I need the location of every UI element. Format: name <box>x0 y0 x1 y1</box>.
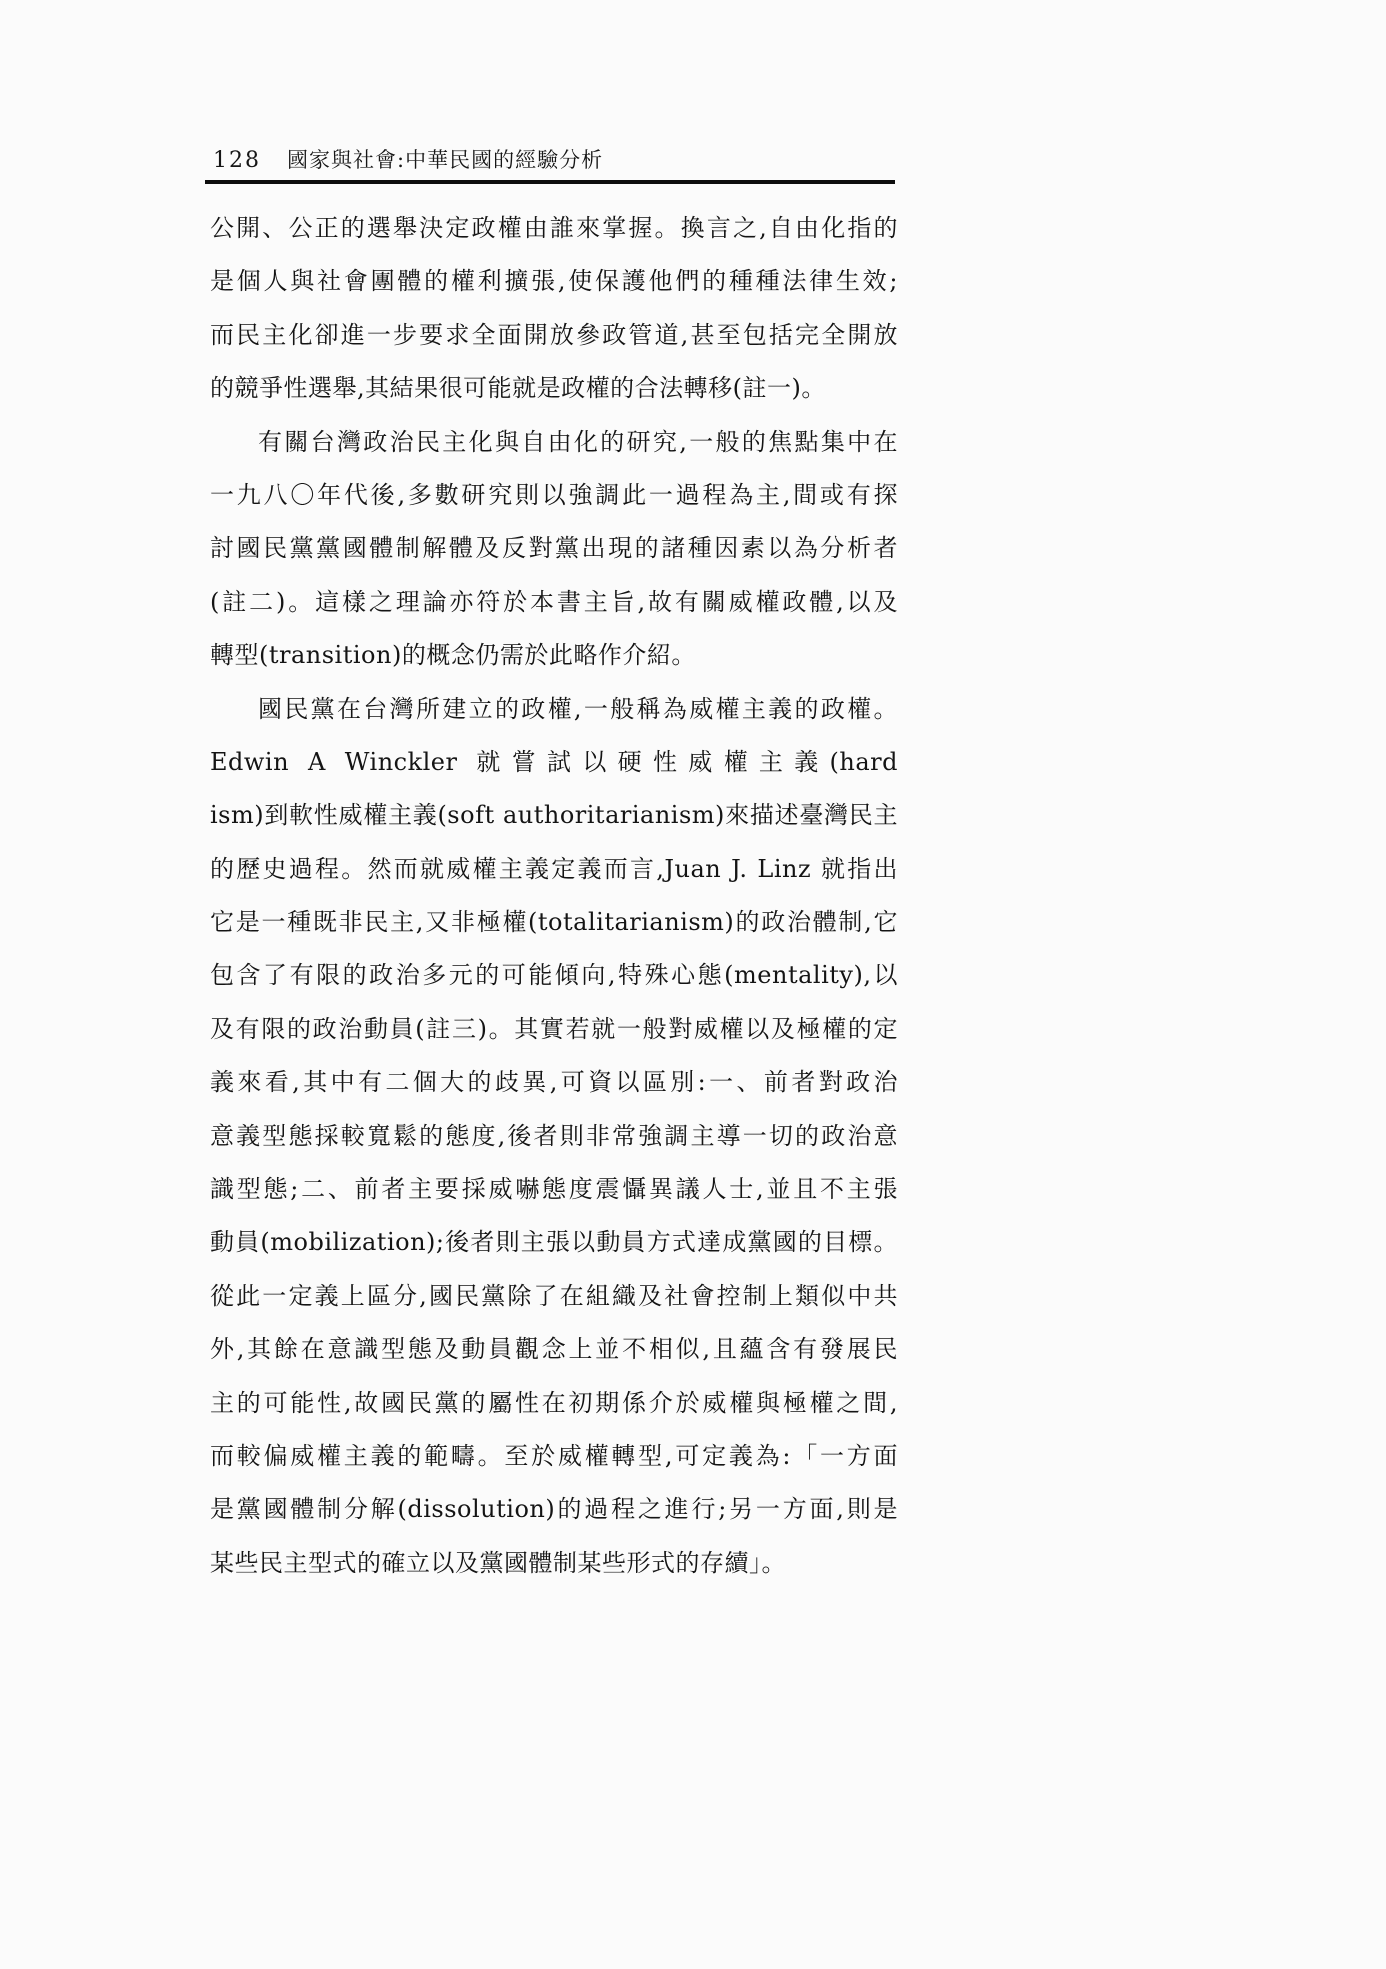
text-line: (註二)。這樣之理論亦符於本書主旨,故有關威權政體,以及 <box>210 576 898 629</box>
text-line: 的競爭性選舉,其結果很可能就是政權的合法轉移(註一)。 <box>210 362 898 415</box>
text-line: 是個人與社會團體的權利擴張,使保護他們的種種法律生效; <box>210 255 898 308</box>
running-header: 128 國家與社會:中華民國的經驗分析 <box>213 144 903 174</box>
text-line: 識型態;二、前者主要採威嚇態度震懾異議人士,並且不主張 <box>210 1163 898 1216</box>
text-line: 而較偏威權主義的範疇。至於威權轉型,可定義為:「一方面 <box>210 1430 898 1483</box>
book-page: 128 國家與社會:中華民國的經驗分析 公開、公正的選舉決定政權由誰來掌握。換言… <box>0 0 1386 1969</box>
text-line: 轉型(transition)的概念仍需於此略作介紹。 <box>210 629 898 682</box>
text-line: 動員(mobilization);後者則主張以動員方式達成黨國的目標。 <box>210 1216 898 1269</box>
text-line: 主的可能性,故國民黨的屬性在初期係介於威權與極權之間, <box>210 1377 898 1430</box>
text-line: 一九八〇年代後,多數研究則以強調此一過程為主,間或有探 <box>210 469 898 522</box>
text-line: 是黨國體制分解(dissolution)的過程之進行;另一方面,則是 <box>210 1483 898 1536</box>
header-rule <box>205 180 895 184</box>
text-line: 包含了有限的政治多元的可能傾向,特殊心態(mentality),以 <box>210 949 898 1002</box>
paragraph: 公開、公正的選舉決定政權由誰來掌握。換言之,自由化指的是個人與社會團體的權利擴張… <box>210 202 898 416</box>
text-line: 的歷史過程。然而就威權主義定義而言,Juan J. Linz 就指出 <box>210 843 898 896</box>
text-line: 而民主化卻進一步要求全面開放參政管道,甚至包括完全開放 <box>210 309 898 362</box>
text-line: 討國民黨黨國體制解體及反對黨出現的諸種因素以為分析者 <box>210 522 898 575</box>
text-line: 義來看,其中有二個大的歧異,可資以區別:一、前者對政治 <box>210 1056 898 1109</box>
text-line: 有關台灣政治民主化與自由化的研究,一般的焦點集中在 <box>210 416 898 469</box>
paragraph: 國民黨在台灣所建立的政權,一般稱為威權主義的政權。Edwin A Winckle… <box>210 683 898 1591</box>
page-number: 128 <box>213 148 261 173</box>
text-line: 意義型態採較寬鬆的態度,後者則非常強調主導一切的政治意 <box>210 1110 898 1163</box>
text-line: 某些民主型式的確立以及黨國體制某些形式的存續」。 <box>210 1537 898 1590</box>
page-body: 公開、公正的選舉決定政權由誰來掌握。換言之,自由化指的是個人與社會團體的權利擴張… <box>210 202 898 1590</box>
text-line: 國民黨在台灣所建立的政權,一般稱為威權主義的政權。 <box>210 683 898 736</box>
text-line: ism)到軟性威權主義(soft authoritarianism)來描述臺灣民… <box>210 789 898 842</box>
book-title: 國家與社會:中華民國的經驗分析 <box>287 144 603 174</box>
text-line: 及有限的政治動員(註三)。其實若就一般對威權以及極權的定 <box>210 1003 898 1056</box>
text-line: 從此一定義上區分,國民黨除了在組織及社會控制上類似中共 <box>210 1270 898 1323</box>
text-line: 外,其餘在意識型態及動員觀念上並不相似,且蘊含有發展民 <box>210 1323 898 1376</box>
paragraph: 有關台灣政治民主化與自由化的研究,一般的焦點集中在一九八〇年代後,多數研究則以強… <box>210 416 898 683</box>
text-line: 公開、公正的選舉決定政權由誰來掌握。換言之,自由化指的 <box>210 202 898 255</box>
text-line: Edwin A Winckler 就嘗試以硬性威權主義(hard authori… <box>210 736 898 789</box>
text-line: 它是一種既非民主,又非極權(totalitarianism)的政治體制,它 <box>210 896 898 949</box>
